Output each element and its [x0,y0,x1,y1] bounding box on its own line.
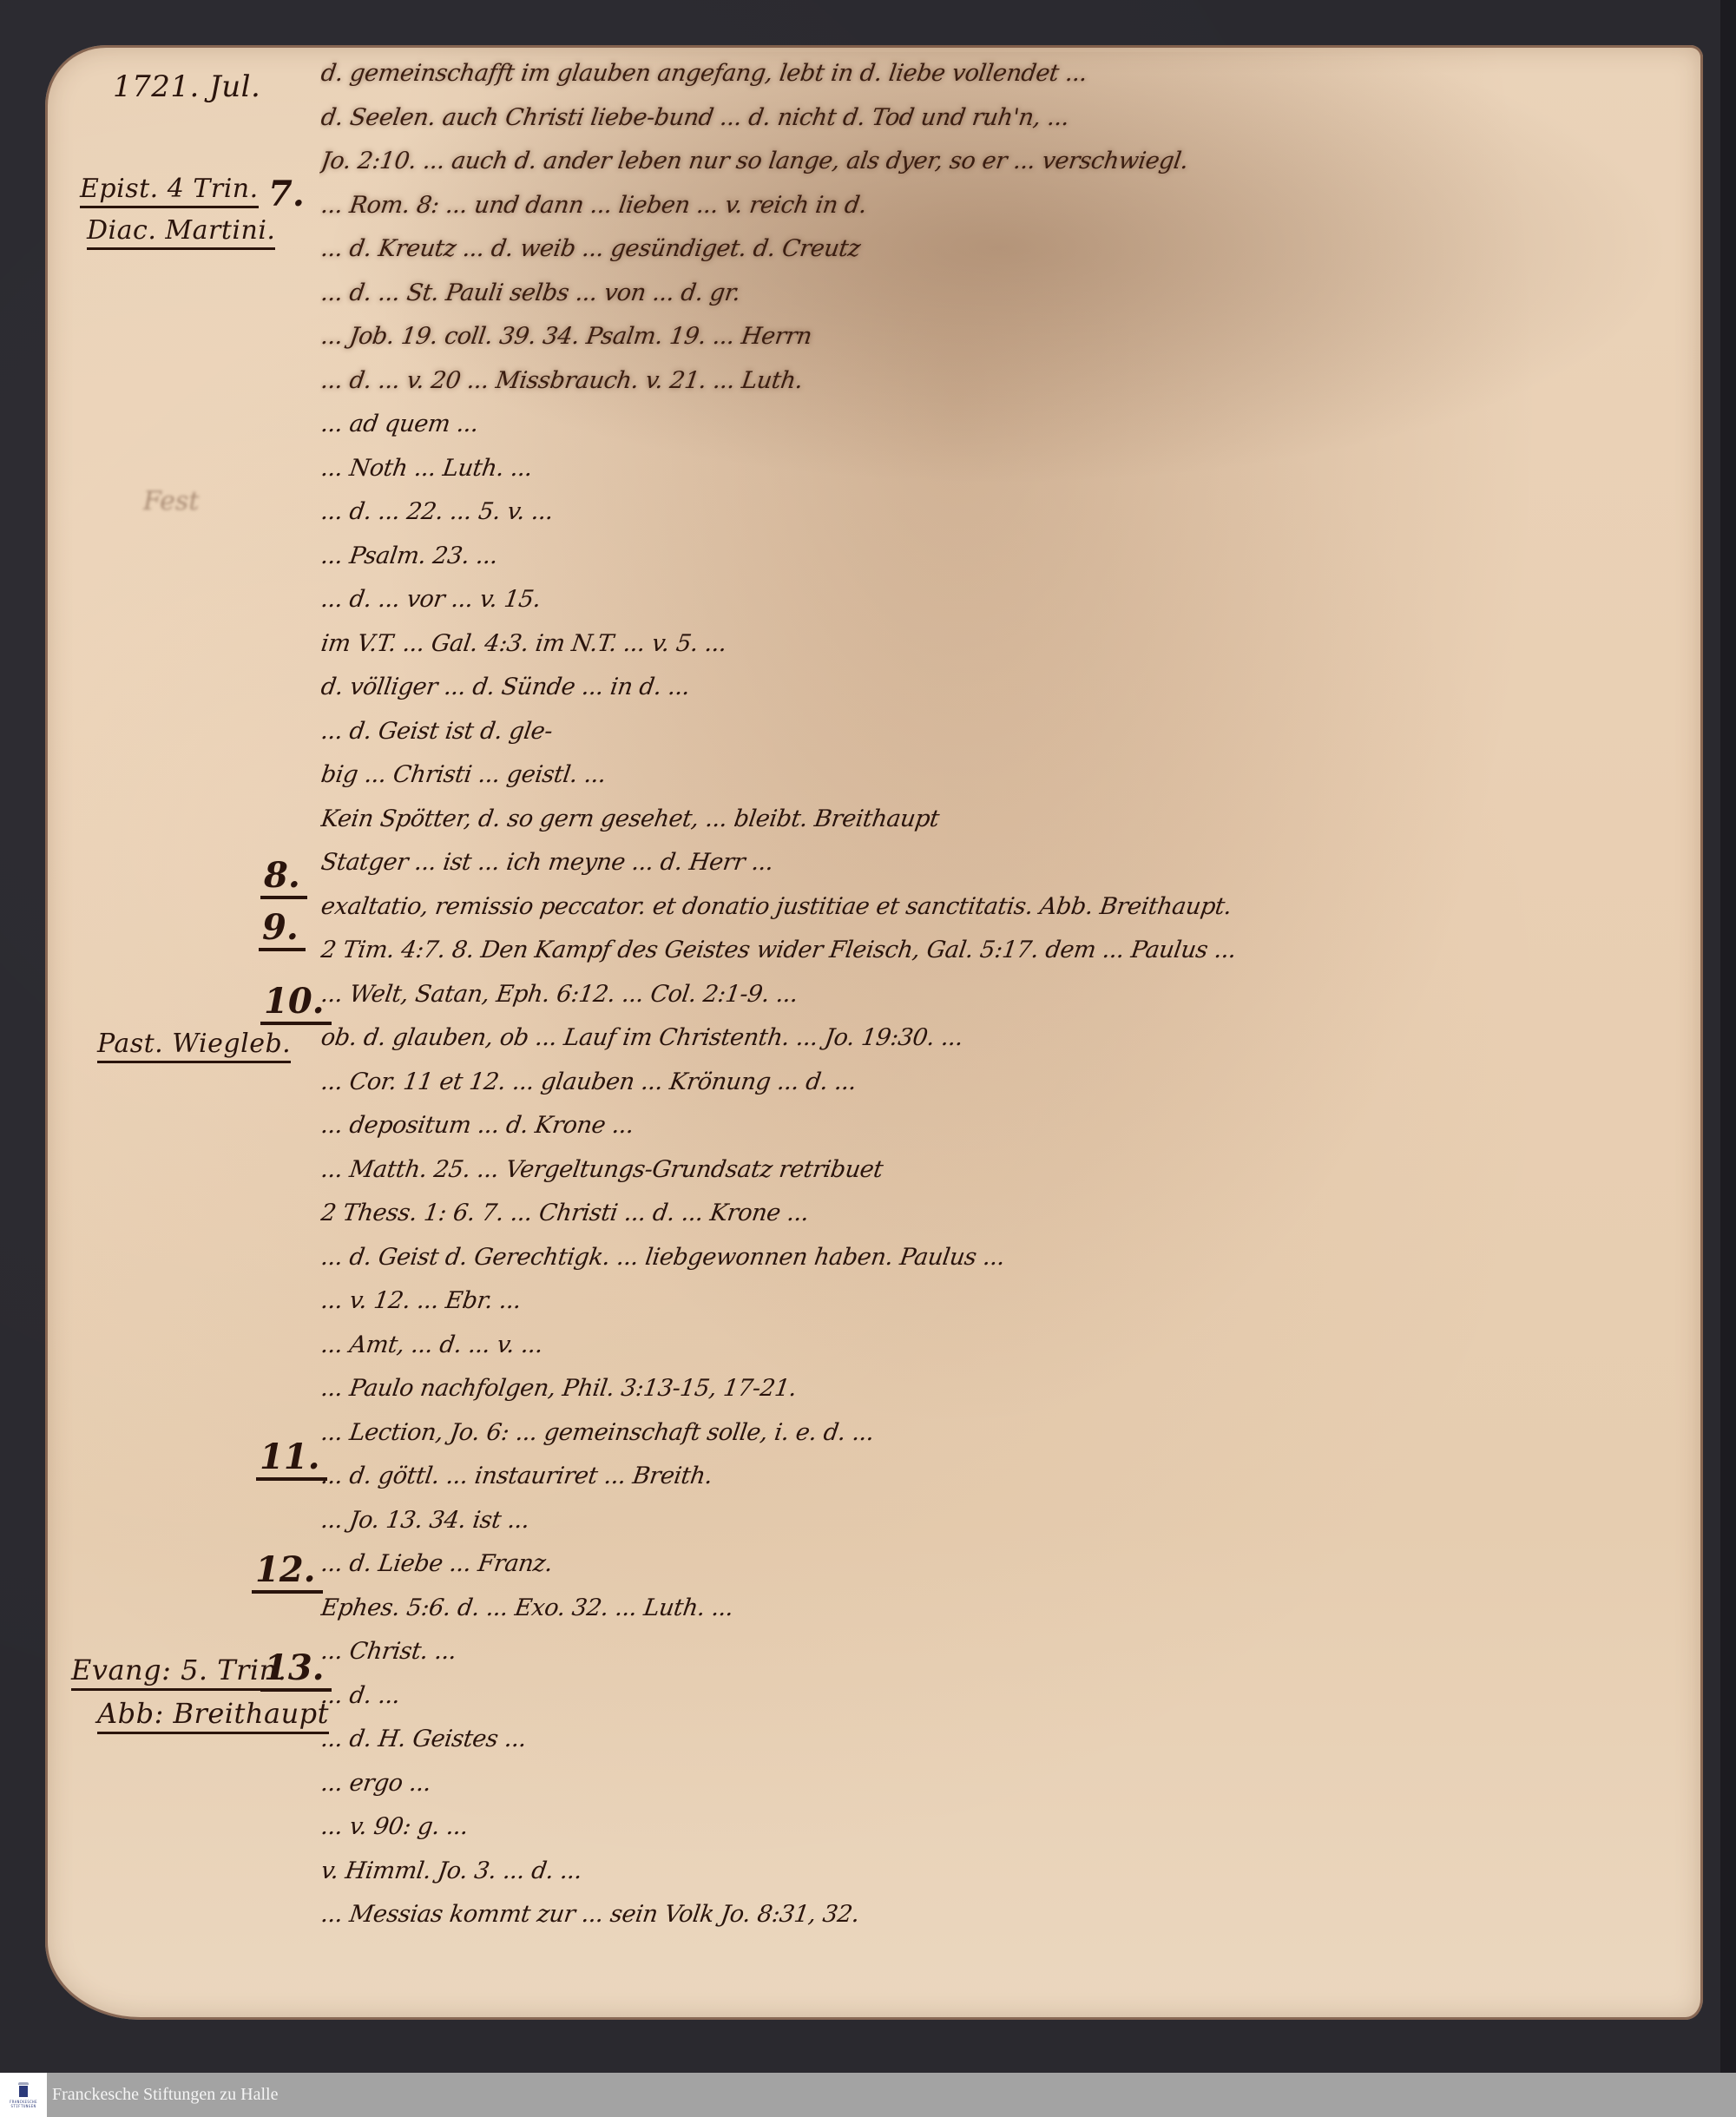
body-line: big ... Christi ... geistl. ... [318,753,1678,798]
body-line: ... Jo. 13. 34. ist ... [318,1499,1678,1543]
body-line: ... Messias kommt zur ... sein Volk Jo. … [318,1893,1678,1937]
entry-number-12: 12. [252,1549,323,1594]
body-line: ... d. Geist ist d. gle- [318,710,1678,754]
margin-abb: Abb: Breithaupt [97,1697,329,1734]
logo-text-line2: STIFTUNGEN [10,2104,36,2108]
body-line: ... d. ... [318,1674,1678,1719]
founder-statue-icon [17,2082,30,2098]
body-line: ... Psalm. 23. ... [318,535,1678,579]
body-line: Kein Spötter, d. so gern gesehet, ... bl… [318,798,1678,842]
body-line: im V.T. ... Gal. 4:3. im N.T. ... v. 5. … [318,622,1678,667]
body-line: ... v. 90: g. ... [318,1805,1678,1850]
footer-bar: FRANCKESCHE STIFTUNGEN Franckesche Stift… [0,2073,1736,2117]
body-line: ... Amt, ... d. ... v. ... [318,1324,1678,1368]
body-line: ... d. Geist d. Gerechtigk. ... liebgewo… [318,1236,1678,1280]
body-line: ... Lection, Jo. 6: ... gemeinschaft sol… [318,1411,1678,1456]
entry-number-8: 8. [260,855,307,899]
body-line: v. Himml. Jo. 3. ... d. ... [318,1850,1678,1894]
body-line: ... d. H. Geistes ... [318,1718,1678,1762]
entry-number-9: 9. [259,907,306,951]
margin-epist: Epist. 4 Trin. [80,174,259,208]
body-line: ... Paulo nachfolgen, Phil. 3:13-15, 17-… [318,1367,1678,1411]
body-line: ... ad quem ... [318,403,1678,447]
body-line: ... depositum ... d. Krone ... [318,1104,1678,1148]
body-line: ... Noth ... Luth. ... [318,447,1678,491]
body-line: 2 Thess. 1: 6. 7. ... Christi ... d. ...… [318,1192,1678,1236]
body-line: d. gemeinschafft im glauben angefang, le… [318,52,1678,96]
institution-name: Franckesche Stiftungen zu Halle [52,2085,278,2105]
body-line: ob. d. glauben, ob ... Lauf im Christent… [318,1016,1678,1061]
entry-number-7: 7. [265,174,312,214]
body-line: ... Job. 19. coll. 39. 34. Psalm. 19. ..… [318,315,1678,359]
body-line: ... ergo ... [318,1762,1678,1806]
body-line: d. völliger ... d. Sünde ... in d. ... [318,666,1678,710]
margin-diac: Diac. Martini. [87,215,275,250]
margin-bleed-through: Fest [143,486,199,516]
entry-number-11: 11. [256,1437,327,1481]
body-line: ... d. göttl. ... instauriret ... Breith… [318,1455,1678,1499]
body-line: ... d. Liebe ... Franz. [318,1542,1678,1587]
body-line: Ephes. 5:6. d. ... Exo. 32. ... Luth. ..… [318,1587,1678,1631]
margin-past: Past. Wiegleb. [97,1029,291,1063]
margin-year: 1721. Jul. [113,69,260,104]
body-line: ... d. ... St. Pauli selbs ... von ... d… [318,272,1678,316]
body-line: 2 Tim. 4:7. 8. Den Kampf des Geistes wid… [318,929,1678,973]
body-line: Statger ... ist ... ich meyne ... d. Her… [318,841,1678,885]
body-line: ... d. ... v. 20 ... Missbrauch. v. 21. … [318,359,1678,404]
margin-evang: Evang: 5. Trin. [71,1653,286,1691]
body-line: ... Christ. ... [318,1630,1678,1674]
body-line: exaltatio, remissio peccator. et donatio… [318,885,1678,930]
body-line: ... d. ... 22. ... 5. v. ... [318,490,1678,535]
body-line: ... Cor. 11 et 12. ... glauben ... Krönu… [318,1061,1678,1105]
body-line: Jo. 2:10. ... auch d. ander leben nur so… [318,140,1678,184]
body-line: ... v. 12. ... Ebr. ... [318,1279,1678,1324]
body-line: ... d. ... vor ... v. 15. [318,578,1678,622]
body-line: ... Matth. 25. ... Vergeltungs-Grundsatz… [318,1148,1678,1193]
body-line: d. Seelen. auch Christi liebe-bund ... d… [318,96,1678,141]
institution-logo[interactable]: FRANCKESCHE STIFTUNGEN [0,2073,47,2117]
manuscript-body: d. gemeinschafft im glauben angefang, le… [321,52,1675,1937]
body-line: ... Rom. 8: ... und dann ... lieben ... … [318,184,1678,228]
scan-edge-strip [1720,0,1736,2073]
body-line: ... d. Kreutz ... d. weib ... gesündiget… [318,227,1678,272]
body-line: ... Welt, Satan, Eph. 6:12. ... Col. 2:1… [318,973,1678,1017]
